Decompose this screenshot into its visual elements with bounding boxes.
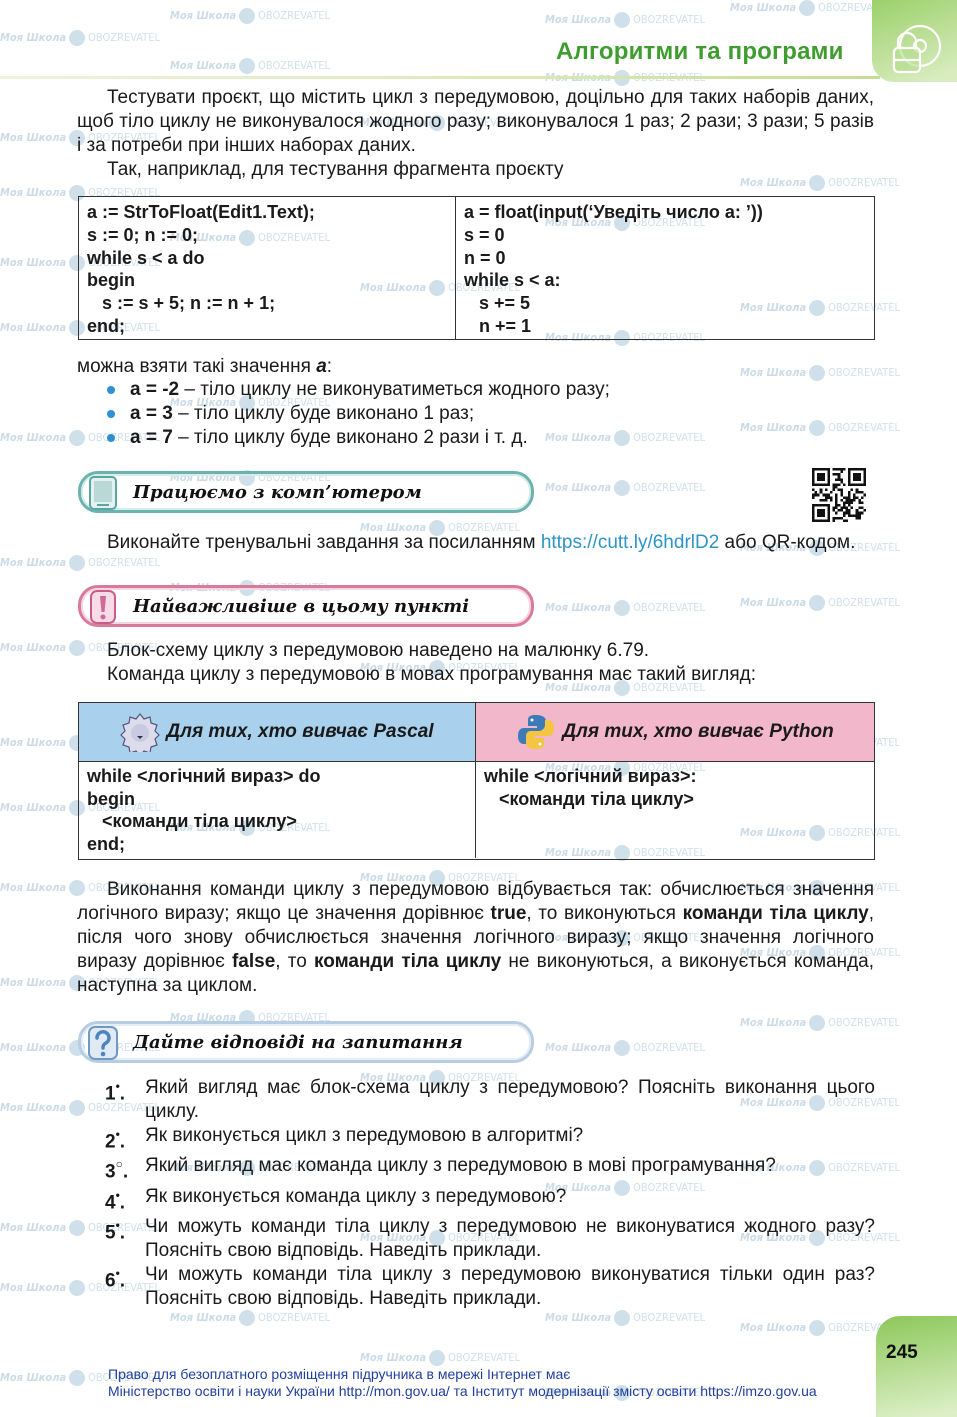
question-text: Який вигляд має блок-схема циклу з перед…	[145, 1076, 875, 1124]
values-lead: можна взяти такі значення a:	[77, 355, 874, 379]
code-line: begin	[87, 788, 467, 811]
watermark: Моя ШколаOBOZREVATEL	[730, 0, 890, 16]
question-number: 2•.	[105, 1124, 145, 1154]
python-code-block: a = float(input(‘Уведіть число a: ’))s =…	[456, 197, 874, 339]
watermark: Моя ШколаOBOZREVATEL	[545, 1040, 705, 1056]
tablet-icon	[85, 476, 121, 510]
question-number: 5•.	[105, 1215, 145, 1263]
section-banner-questions: Дайте відповіді на запитання	[78, 1021, 534, 1063]
code-line: a = float(input(‘Уведіть число a: ’))	[464, 201, 866, 224]
intro-paragraph: Тестувати проєкт, що містить цикл з пере…	[77, 86, 874, 158]
watermark: Моя ШколаOBOZREVATEL	[545, 1310, 705, 1326]
pascal-header-cell: Для тих, хто вивчає Pascal	[79, 703, 476, 761]
code-line: <команди тіла циклу>	[87, 810, 467, 833]
section-title: Працюємо з комп’ютером	[133, 482, 422, 503]
watermark: Моя ШколаOBOZREVATEL	[545, 12, 705, 28]
page-number: 245	[886, 1342, 918, 1364]
questions-list: 1•.Який вигляд має блок-схема циклу з пе…	[105, 1076, 875, 1311]
watermark: Моя ШколаOBOZREVATEL	[740, 595, 900, 611]
code-line: while <логічний вираз>:	[484, 765, 696, 788]
python-logo-icon	[516, 712, 556, 752]
pascal-gear-icon	[120, 712, 160, 752]
python-syntax-cell: while <логічний вираз>: <команди тіла ци…	[476, 762, 704, 858]
code-line: s := s + 5; n := n + 1;	[87, 292, 447, 315]
code-line: end;	[87, 315, 447, 338]
question-item: 2•.Як виконується цикл з передумовою в а…	[105, 1124, 875, 1154]
code-line: s = 0	[464, 224, 866, 247]
watermark: Моя ШколаOBOZREVATEL	[170, 58, 330, 74]
language-syntax-table: Для тих, хто вивчає Pascal Для тих, хто …	[78, 702, 875, 860]
important-line-2: Команда циклу з передумовою в мовах прог…	[77, 663, 874, 687]
question-icon	[85, 1026, 121, 1060]
question-item: 1•.Який вигляд має блок-схема циклу з пе…	[105, 1076, 875, 1124]
list-item: a = 3 – тіло циклу буде виконано 1 раз;	[105, 402, 610, 426]
execution-paragraph: Виконання команди циклу з передумовою ві…	[77, 878, 874, 998]
watermark: Моя ШколаOBOZREVATEL	[740, 1015, 900, 1031]
section-banner-important: Найважливіше в цьому пункті	[78, 585, 534, 627]
section-title: Найважливіше в цьому пункті	[133, 596, 469, 617]
question-number: 1•.	[105, 1076, 145, 1124]
code-line: <команди тіла циклу>	[484, 788, 696, 811]
question-item: 6•.Чи можуть команди тіла циклу з переду…	[105, 1263, 875, 1311]
task-link[interactable]: https://cutt.ly/6hdrlD2	[541, 532, 719, 553]
python-header-cell: Для тих, хто вивчає Python	[476, 703, 874, 761]
code-line: n = 0	[464, 247, 866, 270]
important-line-1: Блок-схему циклу з передумовою наведено …	[77, 639, 874, 663]
question-number: 3○.	[105, 1154, 145, 1184]
code-example-table: a := StrToFloat(Edit1.Text);s := 0; n :=…	[78, 196, 875, 340]
watermark: Моя ШколаOBOZREVATEL	[0, 30, 160, 46]
watermark: Моя ШколаOBOZREVATEL	[170, 8, 330, 24]
question-text: Як виконується команда циклу з передумов…	[145, 1185, 875, 1215]
question-text: Який вигляд має команда циклу з передумо…	[145, 1154, 875, 1184]
cd-disk-icon	[888, 22, 944, 78]
watermark: Моя ШколаOBOZREVATEL	[545, 480, 705, 496]
footer-copyright: Право для безоплатного розміщення підруч…	[108, 1366, 817, 1400]
code-line: begin	[87, 269, 447, 292]
watermark: Моя ШколаOBOZREVATEL	[0, 555, 160, 571]
watermark: Моя ШколаOBOZREVATEL	[170, 1310, 330, 1326]
code-line: while s < a do	[87, 247, 447, 270]
question-number: 6•.	[105, 1263, 145, 1311]
code-line: a := StrToFloat(Edit1.Text);	[87, 201, 447, 224]
pascal-code-block: a := StrToFloat(Edit1.Text);s := 0; n :=…	[79, 197, 456, 339]
page-number-tab: 245	[876, 1316, 957, 1417]
qr-code-icon[interactable]	[812, 468, 866, 522]
chapter-title: Алгоритми та програми	[556, 38, 844, 66]
question-item: 3○.Який вигляд має команда циклу з перед…	[105, 1154, 875, 1184]
chapter-corner-tab	[872, 0, 957, 82]
question-item: 5•.Чи можуть команди тіла циклу з переду…	[105, 1215, 875, 1263]
code-line: s := 0; n := 0;	[87, 224, 447, 247]
values-list: a = -2 – тіло циклу не виконуватиметься …	[105, 378, 610, 450]
watermark: Моя ШколаOBOZREVATEL	[545, 600, 705, 616]
computer-task-text: Виконайте тренувальні завдання за посила…	[77, 531, 874, 555]
question-text: Чи можуть команди тіла циклу з передумов…	[145, 1215, 875, 1263]
question-text: Як виконується цикл з передумовою в алго…	[145, 1124, 875, 1154]
question-text: Чи можуть команди тіла циклу з передумов…	[145, 1263, 875, 1311]
question-number: 4•.	[105, 1185, 145, 1215]
code-line: s += 5	[464, 292, 866, 315]
code-line: end;	[87, 833, 467, 856]
code-line: n += 1	[464, 315, 866, 338]
pascal-syntax-cell: while <логічний вираз> dobegin <команди …	[79, 762, 476, 858]
section-title: Дайте відповіді на запитання	[133, 1032, 463, 1053]
section-banner-computer: Працюємо з комп’ютером	[78, 471, 534, 513]
code-line: while <логічний вираз> do	[87, 765, 467, 788]
header-rule	[0, 76, 880, 79]
intro-paragraph-example: Так, наприклад, для тестування фрагмента…	[77, 158, 874, 182]
list-item: a = -2 – тіло циклу не виконуватиметься …	[105, 378, 610, 402]
watermark: Моя ШколаOBOZREVATEL	[740, 420, 900, 436]
list-item: a = 7 – тіло циклу буде виконано 2 рази …	[105, 426, 610, 450]
exclamation-icon	[85, 590, 121, 624]
code-line: while s < a:	[464, 269, 866, 292]
question-item: 4•.Як виконується команда циклу з переду…	[105, 1185, 875, 1215]
watermark: Моя ШколаOBOZREVATEL	[360, 1350, 520, 1366]
